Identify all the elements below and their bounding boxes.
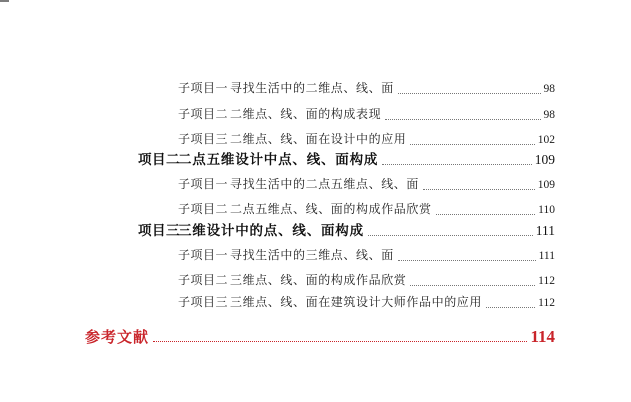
dotted-leader (423, 189, 535, 190)
toc-item-title: 三维设计中的点、线、面构成 (178, 224, 364, 238)
dotted-leader (385, 119, 540, 120)
dotted-leader (436, 214, 536, 215)
dotted-leader (410, 285, 535, 286)
toc-item-label: 子项目二 (178, 203, 230, 215)
toc-page-number: 109 (538, 180, 555, 192)
toc-item-label: 子项目二 (178, 274, 230, 286)
toc-row-subproject: 子项目二 二点五维点、线、面的构成作品欣赏 110 (178, 203, 555, 217)
toc-item-title: 二点五维点、线、面的构成作品欣赏 (230, 203, 432, 215)
toc-row-subproject: 子项目一 寻找生活中的二维点、线、面 98 (178, 82, 555, 96)
toc-row-project: 项目二 二点五维设计中点、线、面构成 109 (138, 153, 555, 167)
toc-page-number: 98 (544, 110, 556, 122)
toc-page-number: 110 (538, 205, 555, 217)
dotted-leader (368, 235, 533, 236)
toc-item-label: 子项目一 (178, 249, 230, 261)
toc-item-label: 子项目一 (178, 82, 230, 94)
toc-item-title: 三维点、线、面在建筑设计大师作品中的应用 (230, 296, 482, 308)
toc-row-subproject: 子项目二 三维点、线、面的构成作品欣赏 112 (178, 274, 555, 288)
dotted-leader (398, 93, 541, 94)
toc-item-label: 子项目三 (178, 296, 230, 308)
toc-page-number: 111 (536, 224, 555, 238)
references-label: 参考文献 (85, 330, 149, 345)
toc-item-label: 子项目一 (178, 178, 230, 190)
toc-row-subproject: 子项目三 二维点、线、面在设计中的应用 102 (178, 133, 555, 147)
toc-item-title: 二维点、线、面在设计中的应用 (230, 133, 406, 145)
toc-item-title: 三维点、线、面的构成作品欣赏 (230, 274, 406, 286)
dotted-leader-red (153, 341, 527, 342)
dotted-leader (398, 260, 536, 261)
toc-page: { "page": { "background": "#ffffff", "te… (0, 0, 631, 402)
toc-row-subproject: 子项目一 寻找生活中的二点五维点、线、面 109 (178, 178, 555, 192)
references-page-number: 114 (530, 328, 555, 345)
toc-item-label: 项目二 (138, 153, 178, 167)
dotted-leader (486, 307, 535, 308)
toc-page-number: 112 (538, 298, 555, 310)
toc-page-number: 111 (539, 251, 555, 263)
toc-row-project: 项目三 三维设计中的点、线、面构成 111 (138, 224, 555, 238)
toc-item-title: 二维点、线、面的构成表现 (230, 108, 381, 120)
toc-item-title: 寻找生活中的三维点、线、面 (230, 249, 394, 261)
toc-row-subproject: 子项目一 寻找生活中的三维点、线、面 111 (178, 249, 555, 263)
dotted-leader (382, 164, 532, 165)
toc-row-references: 参考文献 114 (85, 328, 555, 345)
toc-item-label: 子项目三 (178, 133, 230, 145)
toc-item-label: 子项目二 (178, 108, 230, 120)
toc-item-title: 寻找生活中的二维点、线、面 (230, 82, 394, 94)
toc-item-title: 二点五维设计中点、线、面构成 (178, 153, 378, 167)
toc-item-title: 寻找生活中的二点五维点、线、面 (230, 178, 419, 190)
toc-page-number: 98 (544, 84, 556, 96)
page-edge-artifact (0, 0, 9, 2)
dotted-leader (410, 144, 534, 145)
toc-row-subproject: 子项目三 三维点、线、面在建筑设计大师作品中的应用 112 (178, 296, 555, 310)
toc-row-subproject: 子项目二 二维点、线、面的构成表现 98 (178, 108, 555, 122)
toc-page-number: 109 (535, 153, 555, 167)
toc-item-label: 项目三 (138, 224, 178, 238)
toc-page-number: 112 (538, 276, 555, 288)
toc-page-number: 102 (538, 135, 555, 147)
